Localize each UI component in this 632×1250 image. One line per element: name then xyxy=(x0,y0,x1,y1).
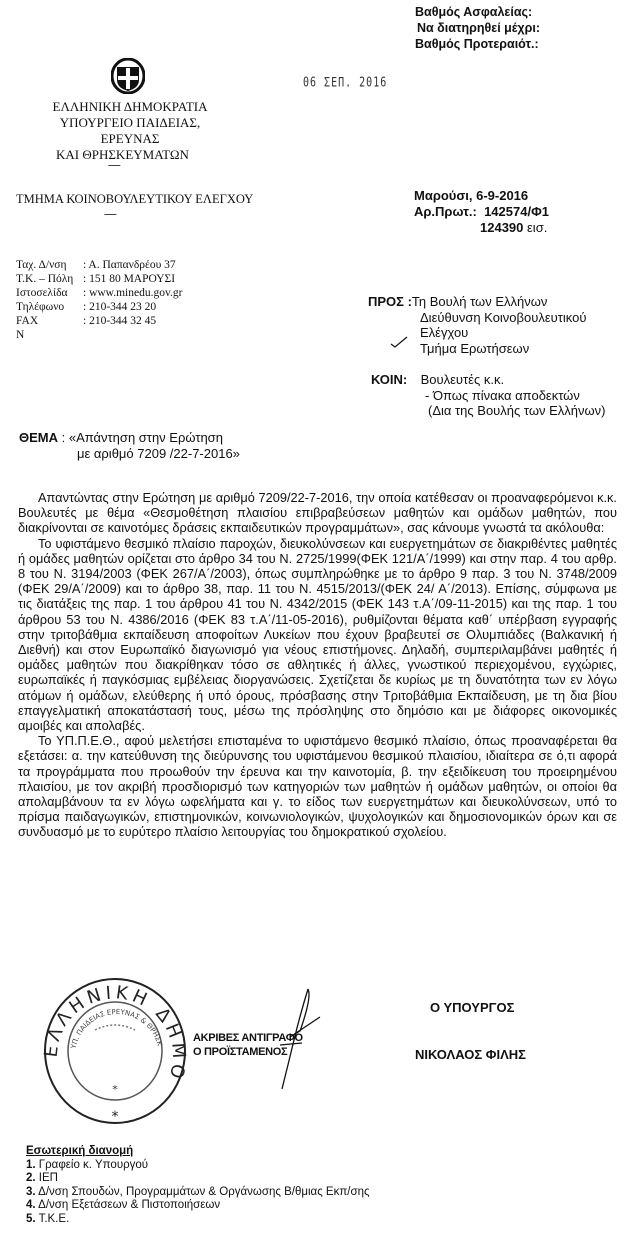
body-paragraph: Το ΥΠ.Π.Ε.Θ., αφού μελετήσει επισταμένα … xyxy=(18,733,617,839)
to-line: Τη Βουλή των Ελλήνων xyxy=(412,294,547,309)
contact-row-phone: Τηλέφωνο: 210-344 23 20 xyxy=(16,300,182,314)
greek-emblem-icon xyxy=(111,58,145,94)
received-date-stamp: 06 ΣΕΠ. 2016 xyxy=(303,76,387,90)
retain-until-label: Να διατηρηθεί μέχρι: xyxy=(415,20,540,36)
subject-block: ΘΕΜΑ : «Απάντηση στην Ερώτηση με αριθμό … xyxy=(19,430,240,462)
list-item: 3. Δ/νση Σπουδών, Προγραμμάτων & Οργάνωσ… xyxy=(26,1186,370,1200)
signature-icon xyxy=(260,985,330,1090)
header-line-3: ΚΑΙ ΘΡΗΣΚΕΥΜΑΤΩΝ xyxy=(30,147,230,163)
svg-text:*: * xyxy=(112,1083,118,1096)
distribution-title: Εσωτερική διανομή xyxy=(26,1145,370,1159)
contact-info: Ταχ. Δ/νση: Α. Παπανδρέου 37 Τ.Κ. – Πόλη… xyxy=(16,258,182,342)
to-line: Διεύθυνση Κοινοβουλευτικού xyxy=(368,310,586,326)
header-line-1: ΕΛΛΗΝΙΚΗ ΔΗΜΟΚΡΑΤΙΑ xyxy=(30,99,230,115)
contact-row-city: Τ.Κ. – Πόλη: 151 80 ΜΑΡΟΥΣΙ xyxy=(16,272,182,286)
checkmark-icon xyxy=(390,336,408,348)
body-paragraph: Το υφιστάμενο θεσμικό πλαίσιο παροχών, δ… xyxy=(18,536,617,734)
contact-row-address: Ταχ. Δ/νση: Α. Παπανδρέου 37 xyxy=(16,258,182,272)
to-label: ΠΡΟΣ : xyxy=(368,294,412,309)
place-date: Μαρούσι, 6-9-2016 xyxy=(414,188,549,204)
internal-distribution: Εσωτερική διανομή 1. Γραφείο κ. Υπουργού… xyxy=(26,1145,370,1226)
security-level-label: Βαθμός Ασφαλείας: xyxy=(415,4,540,20)
svg-text:*: * xyxy=(112,1109,119,1125)
list-item: 4. Δ/νση Εξετάσεων & Πιστοποιήσεων xyxy=(26,1199,370,1213)
contact-row-n: Ν xyxy=(16,328,182,342)
separator: ----- xyxy=(108,160,120,171)
protocol-number: Αρ.Πρωτ.: 142574/Φ1 xyxy=(414,204,549,220)
signatory-name: ΝΙΚΟΛΑΟΣ ΦΙΛΗΣ xyxy=(415,1047,526,1062)
svg-text:ΕΛΛΗΝΙΚΗ ΔΗΜΟΚΡΑΤΙΑ: ΕΛΛΗΝΙΚΗ ΔΗΜΟΚΡΑΤΙΑ xyxy=(40,975,189,1084)
official-seal-icon: ΕΛΛΗΝΙΚΗ ΔΗΜΟΚΡΑΤΙΑ ΥΠ. ΠΑΙΔΕΙΑΣ ΕΡΕΥΝΑΣ… xyxy=(40,975,190,1127)
cc-line: (Δια της Βουλής των Ελλήνων) xyxy=(371,403,605,419)
body-paragraph: Απαντώντας στην Ερώτηση με αριθμό 7209/2… xyxy=(18,490,617,536)
list-item: 5. Τ.Κ.Ε. xyxy=(26,1213,370,1227)
priority-level-label: Βαθμός Προτεραιότ.: xyxy=(415,36,540,52)
department-name: ΤΜΗΜΑ ΚΟΙΝΟΒΟΥΛΕΥΤΙΚΟΥ ΕΛΕΓΧΟΥ xyxy=(16,192,253,207)
signatory-title: Ο ΥΠΟΥΡΓΟΣ xyxy=(430,1000,514,1015)
separator: ----- xyxy=(104,209,116,220)
list-item: 1. Γραφείο κ. Υπουργού xyxy=(26,1159,370,1173)
list-item: 2. ΙΕΠ xyxy=(26,1172,370,1186)
header-line-2: ΥΠΟΥΡΓΕΙΟ ΠΑΙΔΕΙΑΣ, ΕΡΕΥΝΑΣ xyxy=(30,115,230,147)
contact-row-fax: FAX: 210-344 32 45 xyxy=(16,314,182,328)
cc-line: - Όπως πίνακα αποδεκτών xyxy=(371,388,605,404)
cc-label: ΚΟΙΝ: xyxy=(371,372,417,388)
letter-body: Απαντώντας στην Ερώτηση με αριθμό 7209/2… xyxy=(18,490,617,840)
incoming-number: 124390 εισ. xyxy=(414,220,549,236)
recipients-cc: ΚΟΙΝ: Βουλευτές κ.κ. - Όπως πίνακα αποδε… xyxy=(371,372,605,419)
subject-label: ΘΕΜΑ xyxy=(19,430,58,445)
contact-row-website: Ιστοσελίδα: www.minedu.gov.gr xyxy=(16,286,182,300)
ministry-header: ΕΛΛΗΝΙΚΗ ΔΗΜΟΚΡΑΤΙΑ ΥΠΟΥΡΓΕΙΟ ΠΑΙΔΕΙΑΣ, … xyxy=(30,99,230,163)
classification-block: Βαθμός Ασφαλείας: Να διατηρηθεί μέχρι: Β… xyxy=(415,4,540,52)
subject-line: με αριθμό 7209 /22-7-2016» xyxy=(19,446,240,462)
subject-line: : «Απάντηση στην Ερώτηση xyxy=(62,430,223,445)
place-protocol-block: Μαρούσι, 6-9-2016 Αρ.Πρωτ.: 142574/Φ1 12… xyxy=(414,188,549,236)
cc-line: Βουλευτές κ.κ. xyxy=(421,372,504,387)
